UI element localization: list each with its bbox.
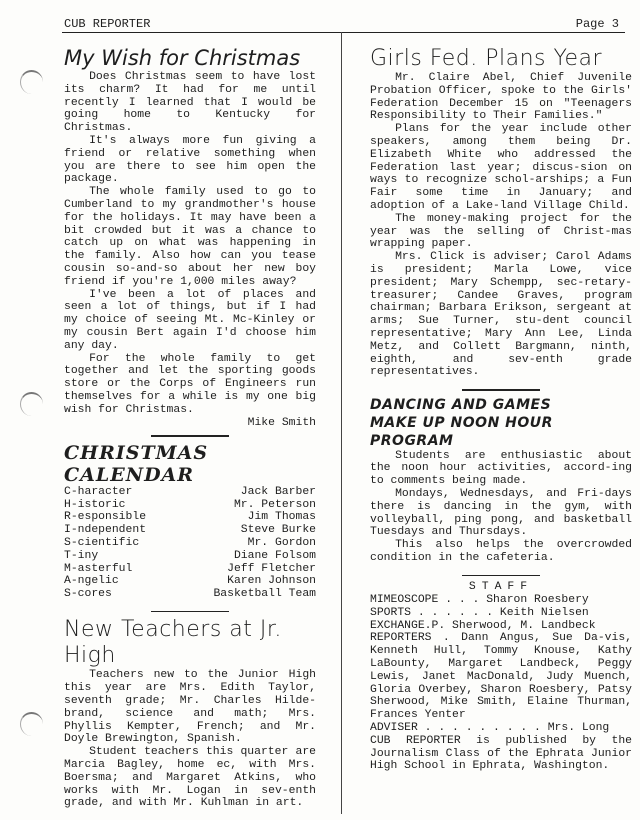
article-title: Girls Fed. Plans Year <box>370 46 632 72</box>
calendar-word: C-haracter <box>64 486 132 499</box>
calendar-name: Jeff Fletcher <box>227 563 316 576</box>
byline: Mike Smith <box>64 417 316 430</box>
article-title: DANCING AND GAMES <box>370 396 632 414</box>
calendar-row: C-haracterJack Barber <box>64 486 316 499</box>
newspaper-name: CUB REPORTER <box>64 17 150 31</box>
calendar-name: Basketball Team <box>213 588 316 601</box>
punch-hole-mark <box>20 712 43 736</box>
calendar-name: Jack Barber <box>241 486 316 499</box>
masthead: CUB REPORTER Page 3 <box>62 14 625 33</box>
calendar-word: T-iny <box>64 550 98 563</box>
christmas-calendar: CHRISTMAS CALENDAR C-haracterJack Barber… <box>64 442 316 601</box>
column-divider <box>341 32 342 814</box>
paragraph: Student teachers this quarter are Marcia… <box>64 746 316 810</box>
staff-line: SPORTS . . . . . . Keith Nielsen <box>370 607 632 620</box>
page-number: Page 3 <box>576 17 619 31</box>
punch-hole-mark <box>20 70 43 94</box>
punch-hole-mark <box>20 392 43 416</box>
article-subtitle: MAKE UP NOON HOUR PROGRAM <box>370 414 632 450</box>
calendar-row: T-inyDiane Folsom <box>64 550 316 563</box>
calendar-word: S-cores <box>64 588 112 601</box>
calendar-word: A-ngelic <box>64 575 119 588</box>
paragraph: Does Christmas seem to have lost its cha… <box>64 71 316 135</box>
article-dancing: DANCING AND GAMES MAKE UP NOON HOUR PROG… <box>370 396 632 565</box>
paragraph: Mr. Claire Abel, Chief Juvenile Probatio… <box>370 72 632 123</box>
calendar-name: Diane Folsom <box>234 550 316 563</box>
paragraph: It's always more fun giving a friend or … <box>64 135 316 186</box>
section-rule <box>462 575 540 577</box>
paragraph: The money-making project for the year wa… <box>370 213 632 251</box>
staff-line: CUB REPORTER is published by the Journal… <box>370 735 632 773</box>
paragraph: Mondays, Wednesdays, and Fri-days there … <box>370 488 632 539</box>
staff-line: MIMEOSCOPE . . . Sharon Roesbery <box>370 594 632 607</box>
calendar-word: I-ndependent <box>64 524 146 537</box>
staff-box: STAFF MIMEOSCOPE . . . Sharon Roesbery S… <box>370 581 632 773</box>
calendar-row: A-ngelicKaren Johnson <box>64 575 316 588</box>
section-title: CHRISTMAS CALENDAR <box>64 442 316 486</box>
left-column: My Wish for Christmas Does Christmas see… <box>64 46 316 810</box>
paragraph: Teachers new to the Junior High this yea… <box>64 669 316 746</box>
calendar-row: S-coresBasketball Team <box>64 588 316 601</box>
paragraph: Students are enthusiastic about the noon… <box>370 450 632 488</box>
paragraph: Plans for the year include other speaker… <box>370 123 632 213</box>
section-rule <box>462 389 540 391</box>
staff-title: STAFF <box>370 581 632 594</box>
paragraph: For the whole family to get together and… <box>64 353 316 417</box>
article-girls-fed: Girls Fed. Plans Year Mr. Claire Abel, C… <box>370 46 632 379</box>
section-rule <box>151 435 229 437</box>
staff-line: EXCHANGE.P. Sherwood, M. Landbeck <box>370 620 632 633</box>
calendar-name: Mr. Peterson <box>234 499 316 512</box>
article-title: New Teachers at Jr. High <box>64 617 316 669</box>
calendar-row: I-ndependentSteve Burke <box>64 524 316 537</box>
paragraph: Mrs. Click is adviser; Carol Adams is pr… <box>370 251 632 379</box>
staff-line: REPORTERS . Dann Angus, Sue Da-vis, Kenn… <box>370 632 632 722</box>
calendar-word: M-asterful <box>64 563 132 576</box>
paragraph: The whole family used to go to Cumberlan… <box>64 186 316 288</box>
article-wish: My Wish for Christmas Does Christmas see… <box>64 46 316 429</box>
article-teachers: New Teachers at Jr. High Teachers new to… <box>64 617 316 810</box>
calendar-name: Jim Thomas <box>248 511 316 524</box>
calendar-name: Steve Burke <box>241 524 316 537</box>
calendar-word: H-istoric <box>64 499 126 512</box>
calendar-name: Karen Johnson <box>227 575 316 588</box>
paragraph: This also helps the overcrowded conditio… <box>370 539 632 565</box>
calendar-name: Mr. Gordon <box>248 537 316 550</box>
calendar-row: H-istoricMr. Peterson <box>64 499 316 512</box>
staff-line: ADVISER . . . . . . . . . Mrs. Long <box>370 722 632 735</box>
calendar-word: S-cientific <box>64 537 139 550</box>
paragraph: I've been a lot of places and seen a lot… <box>64 289 316 353</box>
section-rule <box>151 611 229 613</box>
article-title: My Wish for Christmas <box>64 46 316 70</box>
right-column: Girls Fed. Plans Year Mr. Claire Abel, C… <box>370 46 632 773</box>
calendar-row: S-cientificMr. Gordon <box>64 537 316 550</box>
calendar-word: R-esponsible <box>64 511 146 524</box>
calendar-row: R-esponsibleJim Thomas <box>64 511 316 524</box>
calendar-row: M-asterfulJeff Fletcher <box>64 563 316 576</box>
